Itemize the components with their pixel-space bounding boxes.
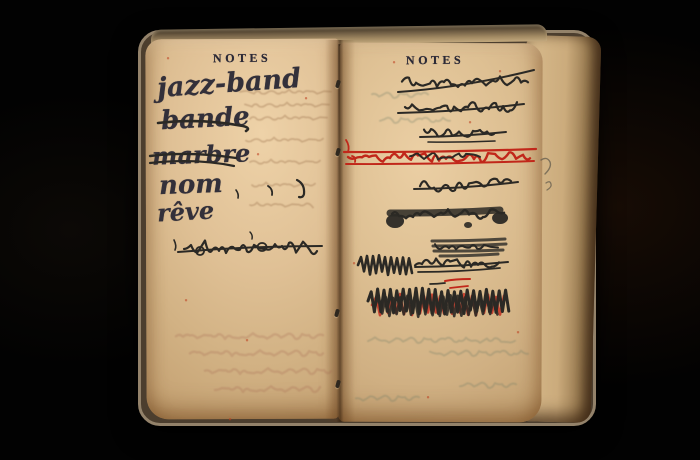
handwritten-entry-marbre: marbre bbox=[152, 141, 251, 168]
right-page bbox=[338, 43, 542, 423]
photo-stage: NOTES NOTES jazz-band bande marbre nom r… bbox=[0, 0, 700, 460]
handwritten-entry-nom: nom bbox=[159, 171, 224, 199]
handwritten-entry-reve: rêve bbox=[156, 199, 214, 226]
binding-gutter bbox=[325, 40, 355, 422]
right-page-header: NOTES bbox=[406, 53, 464, 69]
left-page-header: NOTES bbox=[213, 51, 271, 67]
handwritten-entry-bande: bande bbox=[160, 104, 250, 135]
